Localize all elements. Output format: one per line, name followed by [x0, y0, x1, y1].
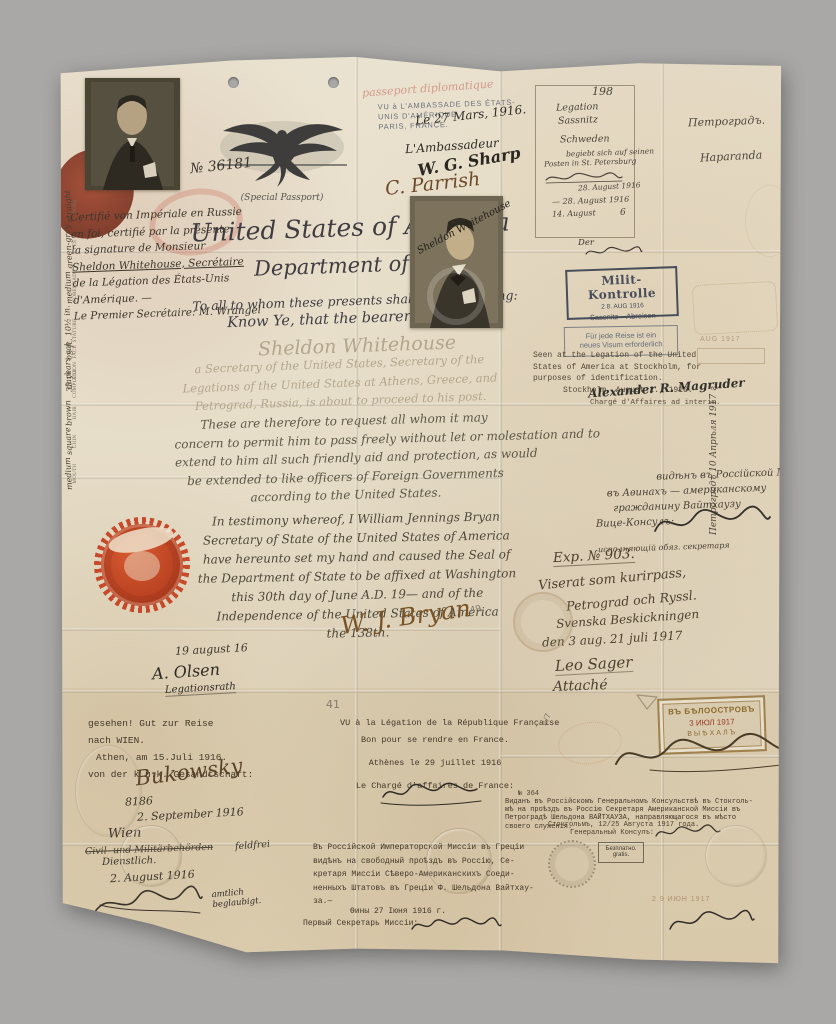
field-label: Eyes [73, 240, 78, 254]
box-date: 28. August 1916 [578, 180, 641, 192]
field-value: straight [63, 190, 74, 223]
field-label: Chin [73, 435, 78, 448]
box-number: 6 [620, 208, 626, 218]
field-value: square [63, 427, 74, 455]
gratis-stamp: Безплатно. gratis. [598, 842, 644, 863]
faded-oval-stamp [745, 185, 795, 257]
box-line: Sassnitz [558, 114, 598, 126]
embossed-seal [120, 825, 182, 887]
consulate-round-stamp [548, 840, 596, 888]
box-line: Legation [556, 101, 599, 113]
box-line: Schweden [560, 134, 610, 146]
triangle-pencil-mark [635, 693, 659, 711]
vice-consul-signature [650, 503, 775, 543]
consulate-number: № 364 [518, 790, 539, 798]
milit-stamp-title: Milit-Kontrolle [567, 271, 676, 303]
field-value: dark [63, 370, 73, 389]
side-note-haparanda: Haparanda [700, 148, 763, 164]
french-visa-line: Bon pour se rendre en France. [340, 732, 530, 749]
french-charge-signature [379, 781, 484, 807]
faded-dotted-stamp [692, 281, 779, 335]
vienna-typed-line: gesehen! Gut zur Reise [88, 715, 253, 732]
gratis-line: gratis. [599, 852, 643, 858]
embossed-seal [75, 745, 142, 837]
consulate-official: Генеральный Консулъ: [570, 829, 654, 837]
milit-kontrolle-stamp: Milit-Kontrolle 2 8. AUG 1916 Sassnitz A… [565, 266, 679, 320]
passport-sheet: (Special Passport) № 36181 passeport dip… [57, 55, 784, 965]
box-line: Posten in St. Petersburg [544, 156, 637, 168]
field-value: medium [63, 457, 74, 490]
photograph-of-passport: (Special Passport) № 36181 passeport dip… [0, 0, 836, 1024]
description-field: straightNose [64, 191, 100, 223]
vienna-flourish-signature [90, 883, 205, 919]
french-visa-line: VU à la Légation de la République França… [340, 715, 530, 732]
charge-daffaires-title: Chargé d'Affaires ad interim. [590, 399, 721, 407]
bearer-description: a Secretary of the United States, Secret… [169, 349, 511, 416]
description-field: green-greyEyes [64, 224, 100, 268]
gesandter-signature [584, 245, 644, 259]
description-field: brownHair [64, 400, 100, 426]
field-label: Nose [73, 199, 78, 213]
russian-visa-official: Первый Секретарь Миссіи: [303, 919, 418, 928]
beloostrov-date: 3 ИЮЛ 1917 [660, 716, 764, 729]
field-label: Complexion [73, 362, 78, 398]
embossed-seal [426, 828, 492, 894]
border-officer-signature [610, 730, 800, 778]
vienna-date-note: 19 august 16 [175, 641, 248, 658]
faded-date-stamp: 2 9 ИЮН 1917 [652, 896, 710, 903]
bearer-photo-front [85, 78, 180, 190]
faded-box-stamp [697, 348, 765, 364]
eagle-emblem [217, 105, 347, 197]
description-field: darkComplexion [64, 362, 100, 398]
russian-visa-line: видѣнъ на свободный проѣздъ въ Россію, С… [313, 855, 534, 869]
portrait-silhouette [85, 78, 180, 190]
field-value: green-grey [62, 224, 74, 269]
description-field: mediumForehead [64, 271, 100, 304]
description-field: ovalFace [64, 343, 100, 360]
faded-round-seal [513, 592, 573, 652]
russian-visa-line: кретаря Миссіи Сѣверо-Американскихъ Соед… [313, 868, 534, 882]
swedish-exp-number: Exp. № 903. [553, 546, 636, 567]
punch-hole [228, 77, 239, 88]
feldfrei-note: feldfrei [235, 839, 271, 852]
vienna-date2: 2. September 1916 [137, 805, 244, 824]
side-note-petrograd: Петроградъ. [688, 114, 766, 130]
field-label: Stature [73, 319, 78, 343]
field-value: oval [63, 343, 73, 360]
passport-sheet-wrap: (Special Passport) № 36181 passeport dip… [57, 55, 784, 965]
consulate-line: Виданъ въ Россійскомъ Генеральномъ Консу… [505, 798, 753, 806]
pencil-note-41: 41 [326, 698, 340, 711]
bearer-photo-portrait: Sheldon Whitehouse [410, 196, 503, 328]
faded-date-stamp-aug: AUG 1917 [700, 336, 741, 343]
russian-visa-line: Въ Россійской Императорской Миссіи въ Гр… [313, 841, 534, 855]
russian-athens-visa: Въ Россійской Императорской Миссіи въ Гр… [313, 841, 534, 909]
bottom-right-signature [666, 907, 756, 937]
box-date: — 28. August 1916 [552, 195, 630, 207]
description-field: mediumMouth [64, 457, 100, 490]
field-value: brown [63, 399, 74, 425]
olsen-title: Legationsrath [165, 681, 236, 697]
request-paragraph: These are therefore to request all whom … [174, 408, 516, 509]
punch-hole [328, 77, 339, 88]
first-secretary-signature [409, 915, 504, 937]
stockholm-line: States of America at Stockholm, for [533, 362, 701, 374]
amtlich-note: amtlich beglaubigt. [211, 886, 261, 910]
french-visa-line: Athènes le 29 juillet 1916 [340, 749, 530, 772]
personal-description-table: mediumMouth squareChin brownHair darkCom… [64, 398, 100, 490]
department-of-state-seal [94, 517, 190, 613]
pencil-annotation-box: Legation Sassnitz Schweden begiebt sich … [535, 85, 635, 238]
stockholm-line: Seen at the Legation of the United [533, 350, 701, 362]
olsen-signature: A. Olsen [151, 660, 220, 684]
field-label: Face [73, 345, 78, 359]
visum-stamp-line: neues Visum erforderlich [565, 339, 677, 350]
diplomatique-note: passeport diplomatique [362, 77, 494, 99]
field-label: Hair [73, 406, 78, 419]
embossed-seal [705, 825, 767, 887]
description-field: squareChin [64, 428, 100, 456]
sager-signature: Leo Sager [555, 653, 633, 676]
box-date: 14. August [552, 208, 596, 219]
field-label: Mouth [73, 464, 78, 484]
beloostrov-line: ВЪ БѢЛООСТРОВЪ [659, 704, 763, 717]
russian-visa-line: ненныхъ Штатовъ въ Греціи Ф. Шельдона Ва… [313, 882, 534, 896]
attache-title: Attaché [553, 677, 608, 695]
seal-center-figure [124, 551, 160, 581]
